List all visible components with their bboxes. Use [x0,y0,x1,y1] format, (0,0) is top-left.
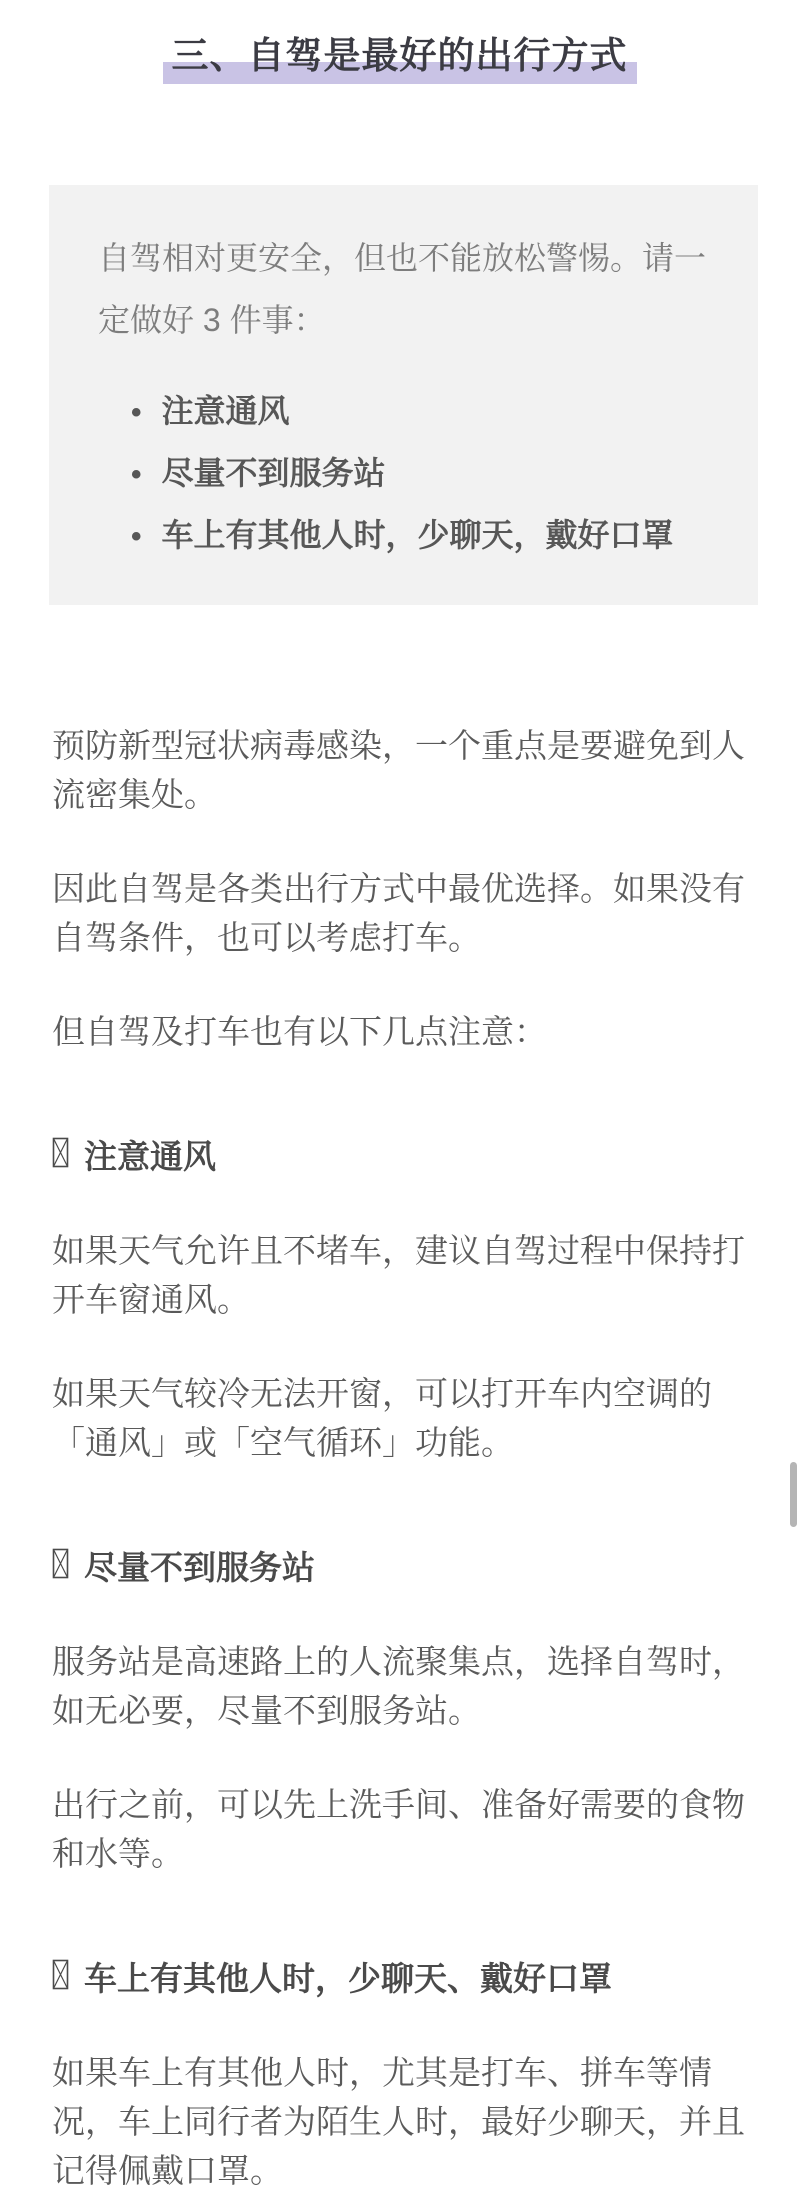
page-title-row: 三、自驾是最好的出行方式 [0,36,799,77]
paragraph: 如果车上有其他人时，尤其是打车、拼车等情况，车上同行者为陌生人时，最好少聊天，并… [52,2048,747,2195]
bullet-label: 尽量不到服务站 [162,443,386,503]
missing-glyph-icon [52,1132,69,1181]
paragraph: 因此自驾是各类出行方式中最优选择。如果没有自驾条件，也可以考虑打车。 [52,864,747,962]
bullet-label: 车上有其他人时，少聊天，戴好口罩 [162,505,674,565]
summary-intro-text: 自驾相对更安全，但也不能放松警惕。请一定做好 3 件事： [98,227,723,351]
section-heading-text: 尽量不到服务站 [84,1543,315,1592]
missing-glyph-icon [52,1543,69,1592]
section-heading-3: 车上有其他人时，少聊天、戴好口罩 [52,1954,747,2003]
paragraph: 服务站是高速路上的人流聚集点，选择自驾时，如无必要，尽量不到服务站。 [52,1637,747,1735]
section-heading-text: 注意通风 [84,1132,216,1181]
summary-box: 自驾相对更安全，但也不能放松警惕。请一定做好 3 件事： • 注意通风 • 尽量… [49,185,758,605]
paragraph: 如果天气较冷无法开窗，可以打开车内空调的「通风」或「空气循环」功能。 [52,1369,747,1467]
article-body: 预防新型冠状病毒感染，一个重点是要避免到人流密集处。 因此自驾是各类出行方式中最… [0,721,799,2195]
scrollbar-thumb[interactable] [790,1462,797,1527]
page-title: 三、自驾是最好的出行方式 [172,36,628,77]
paragraph: 如果天气允许且不堵车，建议自驾过程中保持打开车窗通风。 [52,1226,747,1324]
section-heading-1: 注意通风 [52,1132,747,1181]
page-title-text: 三、自驾是最好的出行方式 [172,35,628,76]
section-heading-2: 尽量不到服务站 [52,1543,747,1592]
paragraph: 但自驾及打车也有以下几点注意： [52,1007,747,1056]
list-item: • 车上有其他人时，少聊天，戴好口罩 [131,505,723,567]
missing-glyph-icon [52,1954,69,2003]
list-item: • 尽量不到服务站 [131,443,723,505]
paragraph: 出行之前，可以先上洗手间、准备好需要的食物和水等。 [52,1780,747,1878]
summary-bullet-list: • 注意通风 • 尽量不到服务站 • 车上有其他人时，少聊天，戴好口罩 [98,381,723,567]
section-heading-text: 车上有其他人时，少聊天、戴好口罩 [84,1954,612,2003]
bullet-label: 注意通风 [162,381,290,441]
paragraph: 预防新型冠状病毒感染，一个重点是要避免到人流密集处。 [52,721,747,819]
bullet-dot-icon: • [131,383,142,443]
bullet-dot-icon: • [131,507,142,567]
list-item: • 注意通风 [131,381,723,443]
bullet-dot-icon: • [131,445,142,505]
